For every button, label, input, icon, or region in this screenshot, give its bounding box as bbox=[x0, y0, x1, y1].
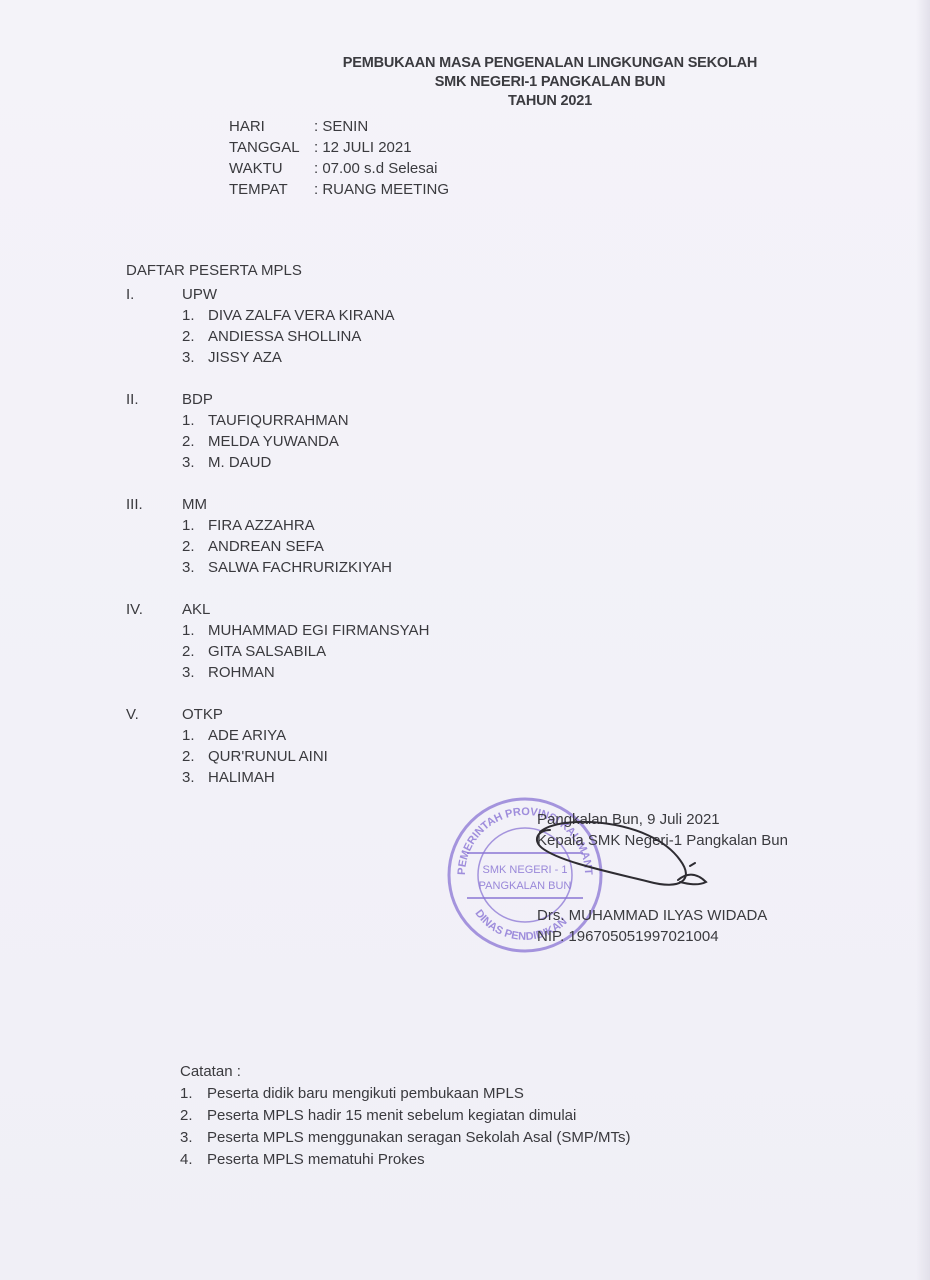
document-heading: PEMBUKAAN MASA PENGENALAN LINGKUNGAN SEK… bbox=[300, 54, 800, 111]
participant-name: MUHAMMAD EGI FIRMANSYAH bbox=[208, 620, 429, 641]
participant-name: ANDIESSA SHOLLINA bbox=[208, 326, 361, 347]
group-name: AKL bbox=[182, 599, 210, 620]
participant-item: 3.M. DAUD bbox=[126, 452, 429, 473]
group-heading: II.BDP bbox=[126, 389, 429, 410]
participant-name: FIRA AZZAHRA bbox=[208, 515, 315, 536]
participant-name: DIVA ZALFA VERA KIRANA bbox=[208, 305, 394, 326]
participants-title: DAFTAR PESERTA MPLS bbox=[126, 262, 302, 279]
participant-name: QUR'RUNUL AINI bbox=[208, 746, 328, 767]
participant-name: ANDREAN SEFA bbox=[208, 536, 324, 557]
participant-item: 3.JISSY AZA bbox=[126, 347, 429, 368]
handwritten-signature-icon bbox=[530, 820, 730, 910]
participant-name: GITA SALSABILA bbox=[208, 641, 326, 662]
group-numeral: I. bbox=[126, 284, 182, 305]
heading-line-3: TAHUN 2021 bbox=[300, 92, 800, 111]
participant-item: 3.HALIMAH bbox=[126, 767, 429, 788]
participant-item: 3.ROHMAN bbox=[126, 662, 429, 683]
participant-name: TAUFIQURRAHMAN bbox=[208, 410, 349, 431]
participant-item: 2.MELDA YUWANDA bbox=[126, 431, 429, 452]
page-edge bbox=[916, 0, 930, 1280]
participant-item: 1.ADE ARIYA bbox=[126, 725, 429, 746]
participant-item: 3.SALWA FACHRURIZKIYAH bbox=[126, 557, 429, 578]
group-name: MM bbox=[182, 494, 207, 515]
group-name: UPW bbox=[182, 284, 217, 305]
participant-name: ROHMAN bbox=[208, 662, 275, 683]
group-heading: III.MM bbox=[126, 494, 429, 515]
participant-item: 2.ANDREAN SEFA bbox=[126, 536, 429, 557]
note-item: 2.Peserta MPLS hadir 15 menit sebelum ke… bbox=[180, 1105, 631, 1127]
group-numeral: III. bbox=[126, 494, 182, 515]
event-time: WAKTU : 07.00 s.d Selesai bbox=[229, 158, 449, 179]
group-heading: I.UPW bbox=[126, 284, 429, 305]
participant-name: ADE ARIYA bbox=[208, 725, 286, 746]
participant-name: M. DAUD bbox=[208, 452, 271, 473]
event-day: HARI : SENIN bbox=[229, 116, 449, 137]
group-numeral: IV. bbox=[126, 599, 182, 620]
participant-item: 1.DIVA ZALFA VERA KIRANA bbox=[126, 305, 429, 326]
participant-item: 2.ANDIESSA SHOLLINA bbox=[126, 326, 429, 347]
event-details: HARI : SENIN TANGGAL : 12 JULI 2021 WAKT… bbox=[229, 116, 449, 200]
group-heading: IV.AKL bbox=[126, 599, 429, 620]
note-item: 1.Peserta didik baru mengikuti pembukaan… bbox=[180, 1083, 631, 1105]
participant-item: 1.FIRA AZZAHRA bbox=[126, 515, 429, 536]
participant-group: V.OTKP1.ADE ARIYA2.QUR'RUNUL AINI3.HALIM… bbox=[126, 704, 429, 788]
participant-name: MELDA YUWANDA bbox=[208, 431, 339, 452]
participant-item: 1.MUHAMMAD EGI FIRMANSYAH bbox=[126, 620, 429, 641]
heading-line-2: SMK NEGERI-1 PANGKALAN BUN bbox=[300, 73, 800, 92]
participant-item: 2.QUR'RUNUL AINI bbox=[126, 746, 429, 767]
notes-list: 1.Peserta didik baru mengikuti pembukaan… bbox=[180, 1083, 631, 1171]
heading-line-1: PEMBUKAAN MASA PENGENALAN LINGKUNGAN SEK… bbox=[300, 54, 800, 73]
group-name: BDP bbox=[182, 389, 213, 410]
participant-group: I.UPW1.DIVA ZALFA VERA KIRANA2.ANDIESSA … bbox=[126, 284, 429, 368]
participant-group: III.MM1.FIRA AZZAHRA2.ANDREAN SEFA3.SALW… bbox=[126, 494, 429, 578]
group-numeral: V. bbox=[126, 704, 182, 725]
participant-item: 2.GITA SALSABILA bbox=[126, 641, 429, 662]
participant-name: HALIMAH bbox=[208, 767, 275, 788]
participant-group: II.BDP1.TAUFIQURRAHMAN2.MELDA YUWANDA3.M… bbox=[126, 389, 429, 473]
participant-item: 1.TAUFIQURRAHMAN bbox=[126, 410, 429, 431]
participant-group: IV.AKL1.MUHAMMAD EGI FIRMANSYAH2.GITA SA… bbox=[126, 599, 429, 683]
signatory-nip: NIP. 196705051997021004 bbox=[537, 926, 788, 947]
group-heading: V.OTKP bbox=[126, 704, 429, 725]
participant-name: JISSY AZA bbox=[208, 347, 282, 368]
note-item: 3.Peserta MPLS menggunakan seragan Sekol… bbox=[180, 1127, 631, 1149]
note-item: 4.Peserta MPLS mematuhi Prokes bbox=[180, 1149, 631, 1171]
participant-groups: I.UPW1.DIVA ZALFA VERA KIRANA2.ANDIESSA … bbox=[126, 284, 429, 809]
participant-name: SALWA FACHRURIZKIYAH bbox=[208, 557, 392, 578]
group-name: OTKP bbox=[182, 704, 223, 725]
notes-section: Catatan : 1.Peserta didik baru mengikuti… bbox=[180, 1061, 631, 1171]
event-place: TEMPAT : RUANG MEETING bbox=[229, 179, 449, 200]
event-date: TANGGAL : 12 JULI 2021 bbox=[229, 137, 449, 158]
notes-title: Catatan : bbox=[180, 1061, 631, 1083]
group-numeral: II. bbox=[126, 389, 182, 410]
